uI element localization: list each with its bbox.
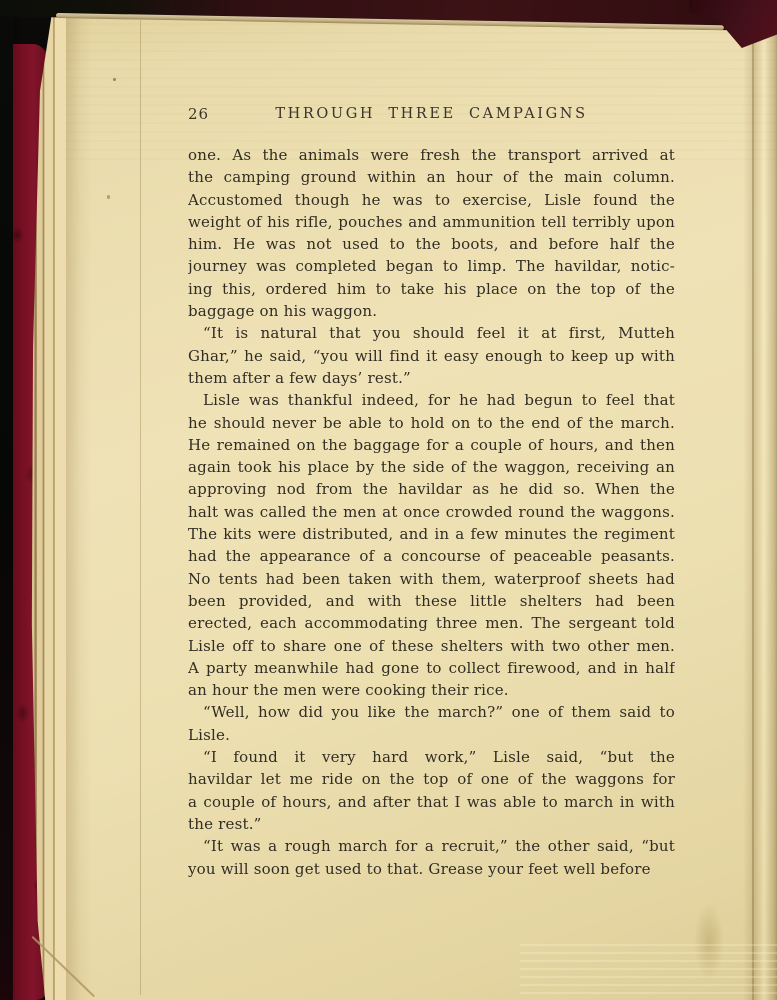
page-curl-line	[140, 20, 141, 995]
page-gutter-groove	[752, 0, 754, 1000]
text-line: “I found it very hard work,” Lisle said,…	[188, 746, 675, 768]
cover-shadow-strip	[0, 0, 13, 1000]
text-line: “It is natural that you should feel it a…	[188, 322, 675, 344]
text-line: A party meanwhile had gone to collect fi…	[188, 657, 675, 679]
page-gutter-shading	[743, 0, 777, 1000]
paragraph: Lisle was thankful indeed, for he had be…	[188, 389, 675, 701]
text-line: journey was completed began to limp. The…	[188, 255, 675, 277]
text-line: Lisle off to share one of these shelters…	[188, 635, 675, 657]
text-line: Lisle.	[188, 724, 675, 746]
text-line: No tents had been taken with them, water…	[188, 568, 675, 590]
text-line: The kits were distributed, and in a few …	[188, 523, 675, 545]
text-line: erected, each accommodating three men. T…	[188, 612, 675, 634]
text-line: Ghar,” he said, “you will find it easy e…	[188, 345, 675, 367]
text-line: havildar let me ride on the top of one o…	[188, 768, 675, 790]
text-line: the rest.”	[188, 813, 675, 835]
paragraph: “It is natural that you should feel it a…	[188, 322, 675, 389]
text-line: ing this, ordered him to take his place …	[188, 278, 675, 300]
paragraph: “It was a rough march for a recruit,” th…	[188, 835, 675, 880]
text-line: He remained on the baggage for a couple …	[188, 434, 675, 456]
running-header: THROUGH THREE CAMPAIGNS	[188, 102, 675, 126]
text-line: a couple of hours, and after that I was …	[188, 791, 675, 813]
text-line: Accustomed though he was to exercise, Li…	[188, 189, 675, 211]
page-number: 26	[188, 102, 209, 126]
text-line: an hour the men were cooking their rice.	[188, 679, 675, 701]
paragraph: “Well, how did you like the march?” one …	[188, 701, 675, 746]
text-line: weight of his rifle, pouches and ammunit…	[188, 211, 675, 233]
text-line: them after a few days’ rest.”	[188, 367, 675, 389]
book-scan: THROUGH THREE CAMPAIGNS 26 one. As the a…	[0, 0, 777, 1000]
text-line: again took his place by the side of the …	[188, 456, 675, 478]
paper-speck	[107, 195, 110, 199]
text-line: approving nod from the havildar as he di…	[188, 478, 675, 500]
page-header: THROUGH THREE CAMPAIGNS 26	[188, 102, 675, 126]
text-line: you will soon get used to that. Grease y…	[188, 858, 675, 880]
paragraph: one. As the animals were fresh the trans…	[188, 144, 675, 322]
text-line: had the appearance of a concourse of pea…	[188, 545, 675, 567]
text-line: “Well, how did you like the march?” one …	[188, 701, 675, 723]
page-grain-texture	[66, 14, 777, 164]
text-line: the camping ground within an hour of the…	[188, 166, 675, 188]
text-line: he should never be able to hold on to th…	[188, 412, 675, 434]
text-line: him. He was not used to the boots, and b…	[188, 233, 675, 255]
page-body: one. As the animals were fresh the trans…	[188, 144, 675, 880]
text-line: one. As the animals were fresh the trans…	[188, 144, 675, 166]
text-line: halt was called the men at once crowded …	[188, 501, 675, 523]
text-line: “It was a rough march for a recruit,” th…	[188, 835, 675, 857]
text-line: Lisle was thankful indeed, for he had be…	[188, 389, 675, 411]
bottom-page-edge-streaks	[520, 938, 777, 1000]
paragraph: “I found it very hard work,” Lisle said,…	[188, 746, 675, 835]
text-line: been provided, and with these little she…	[188, 590, 675, 612]
text-line: baggage on his waggon.	[188, 300, 675, 322]
paper-speck	[113, 78, 116, 81]
page-left-shading	[66, 8, 92, 1000]
